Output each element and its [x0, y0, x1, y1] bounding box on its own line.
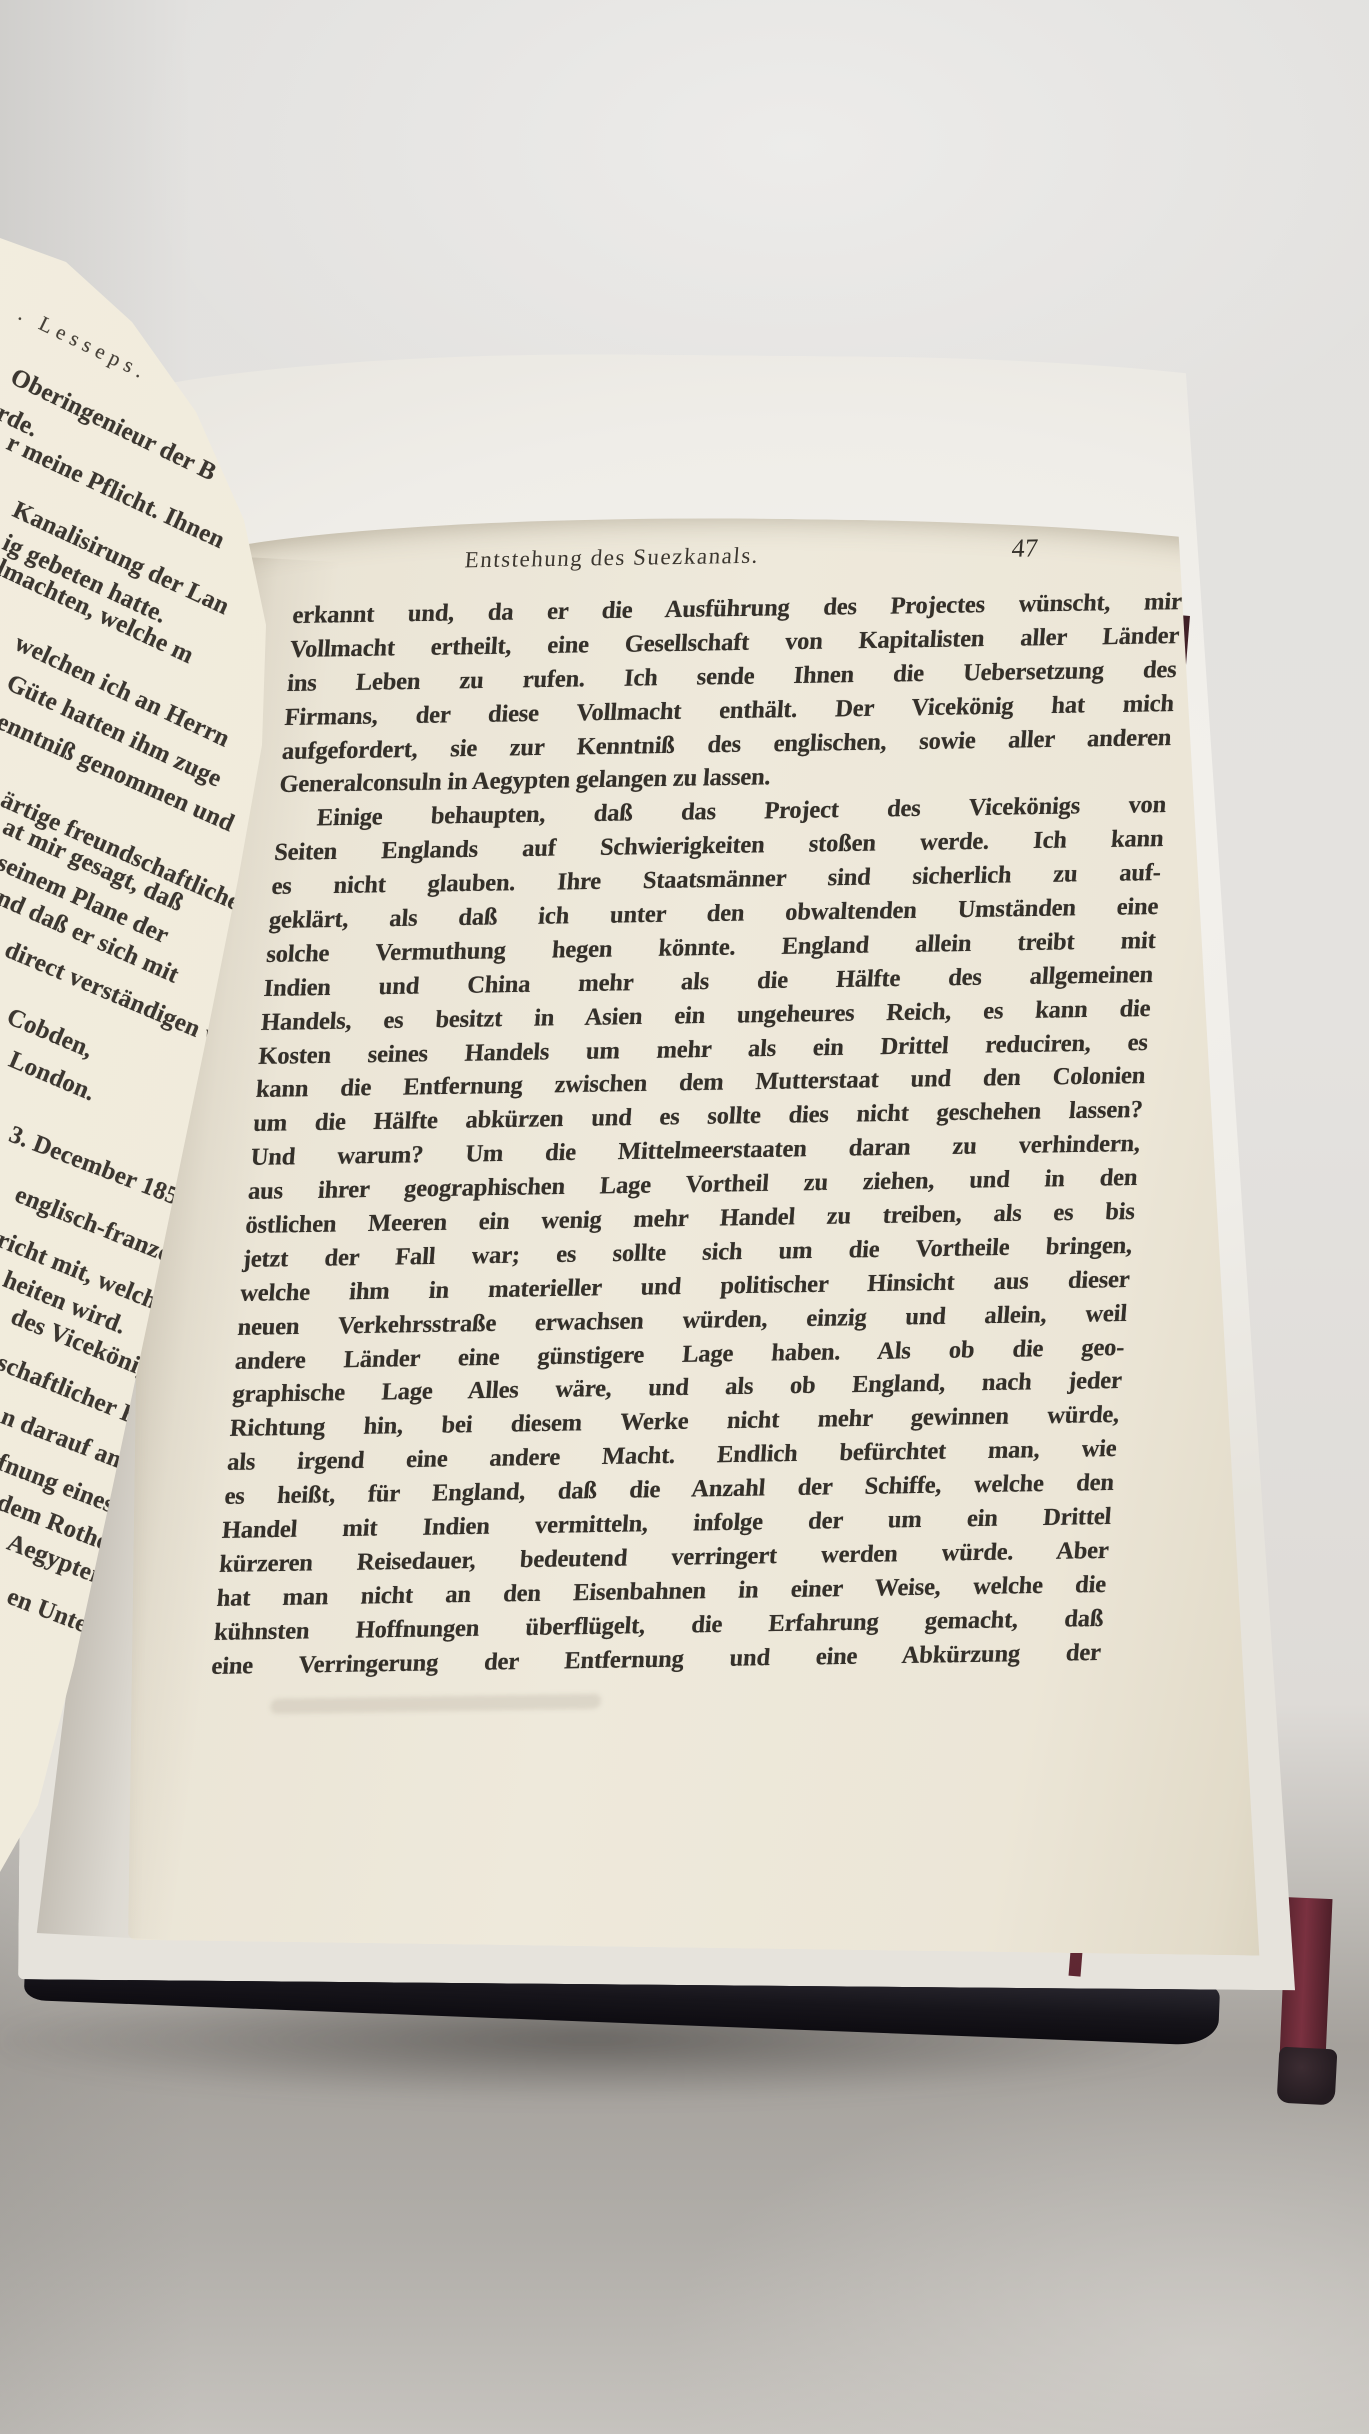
body-text-block: erkannt und, da er die Ausführung des Pr… — [210, 585, 1183, 1683]
left-page-text-line: r meine Pflicht. Ihnen — [2, 429, 229, 555]
chapter-running-head: Entstehung des Suezkanals. — [464, 543, 760, 574]
right-page-print-area: Entstehung des Suezkanals. 47 erkannt un… — [208, 531, 1187, 1714]
page-number: 47 — [1011, 533, 1039, 563]
photo-open-book: . Lesseps.Oberingenieur der Brde.r meine… — [0, 0, 1369, 2434]
book-cover-corner-cap — [1277, 2047, 1338, 2106]
